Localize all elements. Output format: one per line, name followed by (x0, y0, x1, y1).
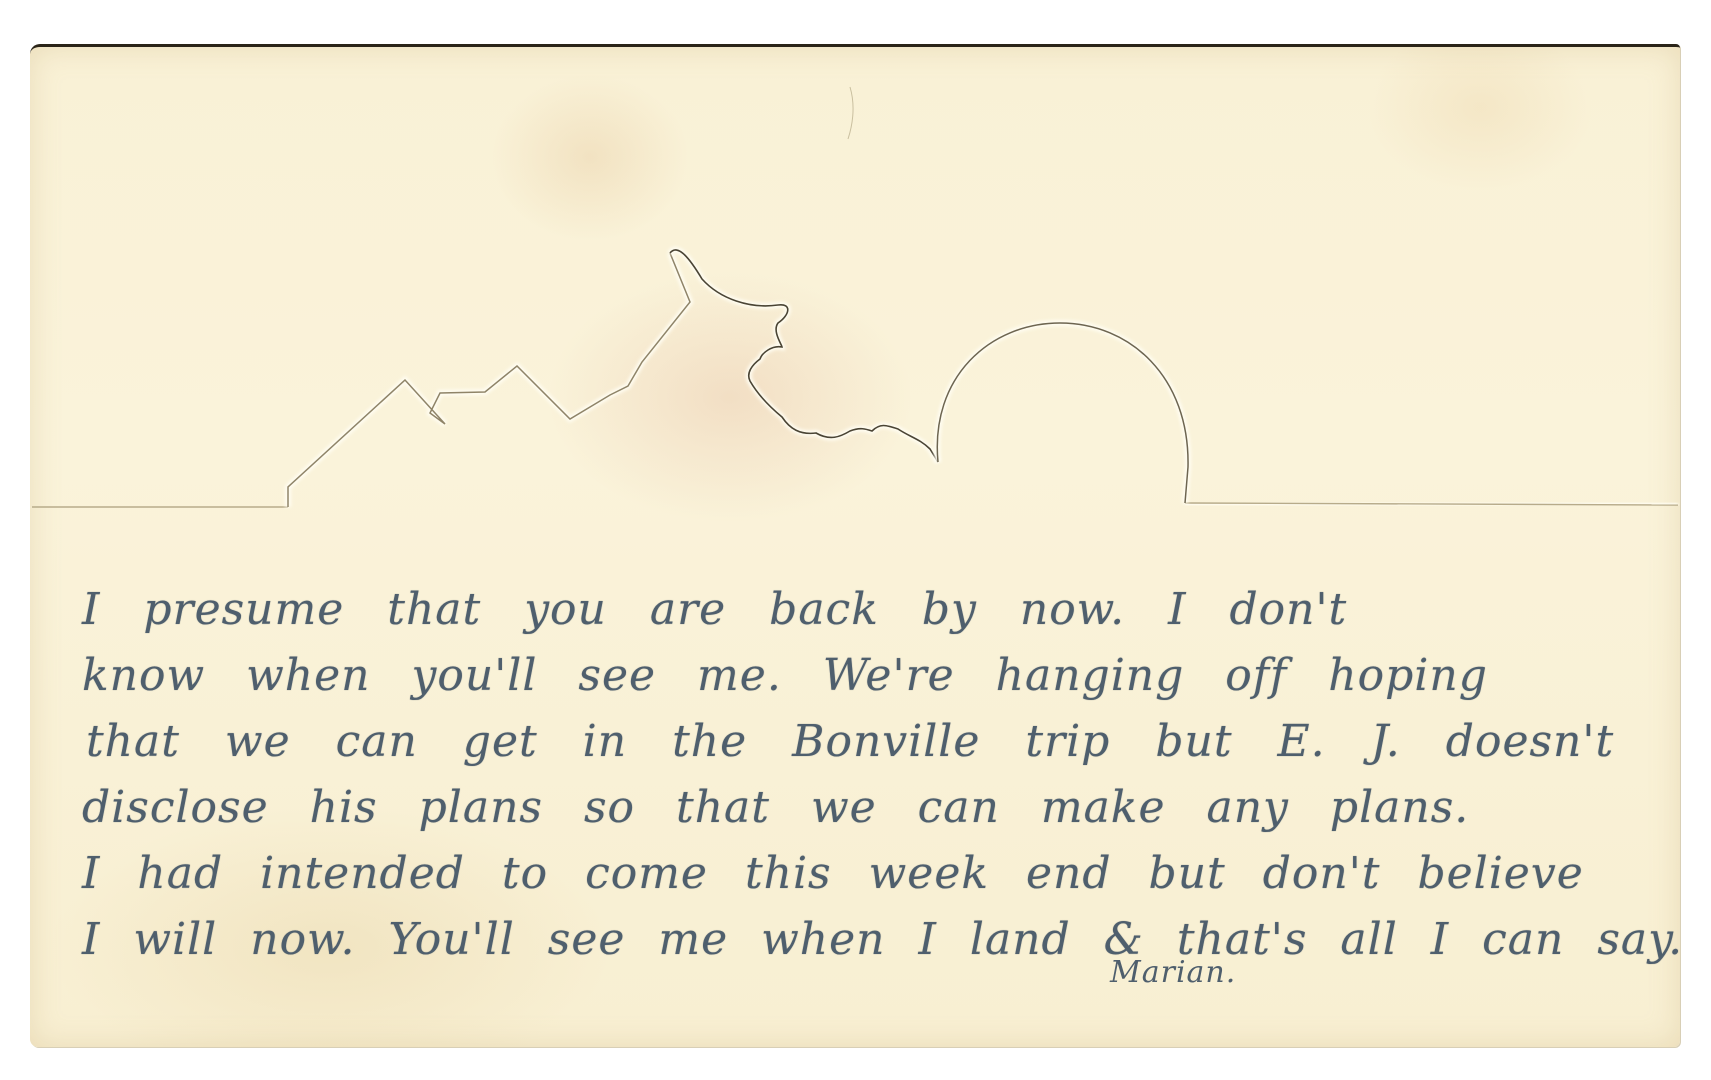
message-line-5: I had intended to come this week end but… (76, 841, 1666, 907)
message-line-6: I will now. You'll see me when I land & … (76, 907, 1666, 973)
message-line-3: that we can get in the Bonville trip but… (76, 709, 1666, 775)
message-line-2: know when you'll see me. We're hanging o… (76, 643, 1666, 709)
horizon-line (32, 503, 1678, 507)
message-line-1: I presume that you are back by now. I do… (76, 577, 1666, 643)
witch-silhouette (670, 250, 938, 462)
paper-crease (848, 87, 853, 139)
message-line-4: disclose his plans so that we can make a… (76, 775, 1666, 841)
handwritten-message: I presume that you are back by now. I do… (76, 577, 1666, 973)
mountain-range-outline (288, 253, 690, 507)
half-sun-outline (937, 323, 1188, 503)
signature: Marian. (1110, 955, 1236, 990)
postcard: I presume that you are back by now. I do… (30, 44, 1680, 1047)
